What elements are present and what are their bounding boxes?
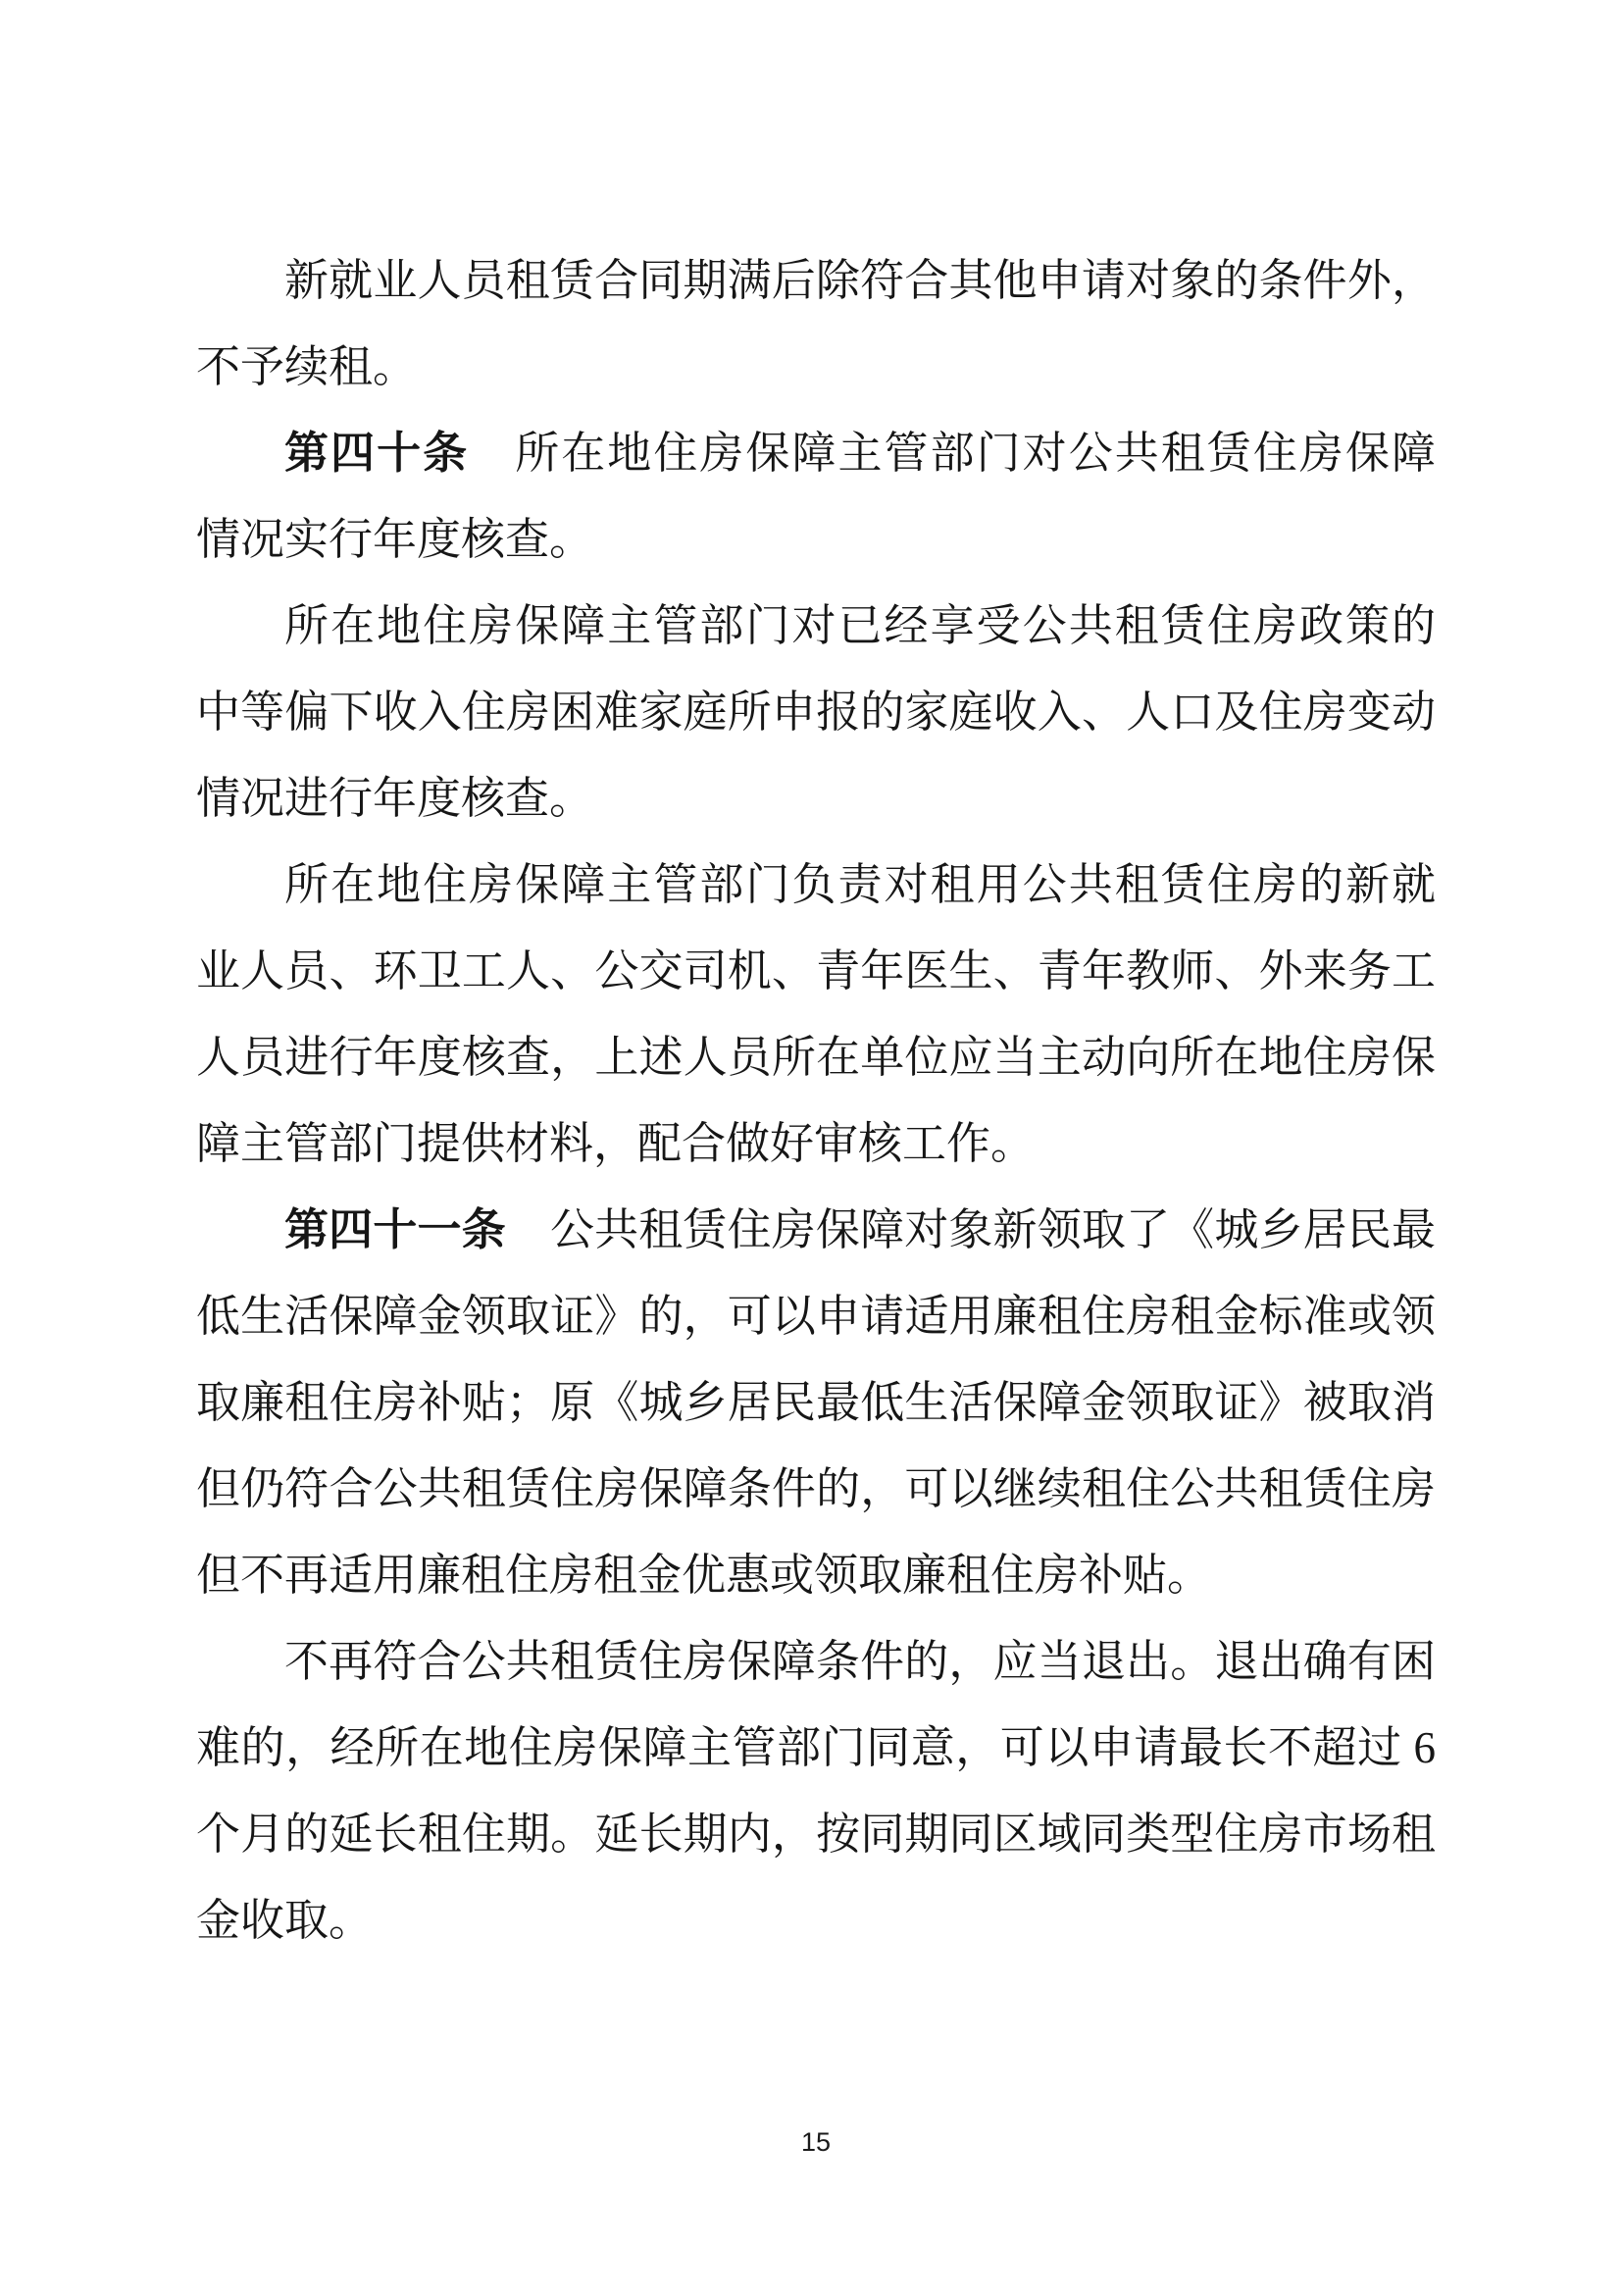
text-run: 取廉租住房补贴；原《城乡居民最低生活保障金领取证》被取消 bbox=[196, 1378, 1436, 1427]
paragraph: 新就业人员租赁合同期满后除符合其他申请对象的条件外，不予续租。 bbox=[196, 237, 1436, 410]
text-line: 但仍符合公共租赁住房保障条件的，可以继续租住公共租赁住房 bbox=[196, 1446, 1436, 1532]
text-run: 不予续租。 bbox=[196, 342, 417, 391]
text-run: 中等偏下收入住房困难家庭所申报的家庭收入、人口及住房变动 bbox=[196, 688, 1436, 737]
text-line: 人员进行年度核查，上述人员所在单位应当主动向所在地住房保 bbox=[196, 1014, 1436, 1100]
paragraph: 所在地住房保障主管部门负责对租用公共租赁住房的新就业人员、环卫工人、公交司机、青… bbox=[196, 842, 1436, 1187]
text-line: 情况进行年度核查。 bbox=[196, 755, 1436, 842]
heading-gap bbox=[506, 1244, 550, 1245]
text-line: 个月的延长租住期。延长期内，按同期同区域同类型住房市场租 bbox=[196, 1791, 1436, 1877]
paragraph: 所在地住房保障主管部门对已经享受公共租赁住房政策的中等偏下收入住房困难家庭所申报… bbox=[196, 583, 1436, 842]
text-run: 新就业人员租赁合同期满后除符合其他申请对象的条件外， bbox=[284, 256, 1436, 305]
text-run: 情况实行年度核查。 bbox=[196, 515, 593, 564]
text-line: 难的，经所在地住房保障主管部门同意，可以申请最长不超过 6 bbox=[196, 1705, 1436, 1791]
article-heading: 第四十一条 bbox=[284, 1204, 506, 1254]
document-body: 新就业人员租赁合同期满后除符合其他申请对象的条件外，不予续租。第四十条所在地住房… bbox=[196, 237, 1436, 1964]
text-run: 个月的延长租住期。延长期内，按同期同区域同类型住房市场租 bbox=[196, 1810, 1436, 1859]
text-line: 中等偏下收入住房困难家庭所申报的家庭收入、人口及住房变动 bbox=[196, 669, 1436, 755]
text-run: 所在地住房保障主管部门负责对租用公共租赁住房的新就 bbox=[284, 860, 1436, 909]
article-heading: 第四十条 bbox=[284, 428, 469, 478]
text-line: 障主管部门提供材料，配合做好审核工作。 bbox=[196, 1100, 1436, 1187]
heading-gap bbox=[469, 467, 513, 468]
text-run: 业人员、环卫工人、公交司机、青年医生、青年教师、外来务工 bbox=[196, 946, 1436, 995]
text-run: 所在地住房保障主管部门对已经享受公共租赁住房政策的 bbox=[284, 601, 1436, 650]
paragraph: 第四十一条公共租赁住房保障对象新领取了《城乡居民最低生活保障金领取证》的，可以申… bbox=[196, 1187, 1436, 1618]
text-line: 取廉租住房补贴；原《城乡居民最低生活保障金领取证》被取消 bbox=[196, 1359, 1436, 1446]
text-run: 金收取。 bbox=[196, 1896, 373, 1945]
text-line: 所在地住房保障主管部门对已经享受公共租赁住房政策的 bbox=[196, 583, 1436, 669]
text-run: 但不再适用廉租住房租金优惠或领取廉租住房补贴。 bbox=[196, 1551, 1211, 1600]
text-run: 人员进行年度核查，上述人员所在单位应当主动向所在地住房保 bbox=[196, 1033, 1436, 1082]
text-run: 但仍符合公共租赁住房保障条件的，可以继续租住公共租赁住房 bbox=[196, 1464, 1436, 1513]
paragraph: 不再符合公共租赁住房保障条件的，应当退出。退出确有困难的，经所在地住房保障主管部… bbox=[196, 1618, 1436, 1964]
document-page: { "page": { "background": "#ffffff", "te… bbox=[0, 0, 1622, 2296]
text-line: 第四十条所在地住房保障主管部门对公共租赁住房保障 bbox=[196, 410, 1436, 496]
text-line: 不再符合公共租赁住房保障条件的，应当退出。退出确有困 bbox=[196, 1618, 1436, 1705]
page-number: 15 bbox=[196, 2126, 1436, 2158]
text-line: 新就业人员租赁合同期满后除符合其他申请对象的条件外， bbox=[196, 237, 1436, 324]
text-line: 业人员、环卫工人、公交司机、青年医生、青年教师、外来务工 bbox=[196, 928, 1436, 1014]
text-run: 障主管部门提供材料，配合做好审核工作。 bbox=[196, 1119, 1035, 1168]
text-line: 不予续租。 bbox=[196, 324, 1436, 410]
text-run: 情况进行年度核查。 bbox=[196, 774, 593, 823]
text-line: 所在地住房保障主管部门负责对租用公共租赁住房的新就 bbox=[196, 842, 1436, 928]
text-line: 第四十一条公共租赁住房保障对象新领取了《城乡居民最 bbox=[196, 1187, 1436, 1273]
text-line: 金收取。 bbox=[196, 1877, 1436, 1964]
paragraph: 第四十条所在地住房保障主管部门对公共租赁住房保障情况实行年度核查。 bbox=[196, 410, 1436, 583]
text-run: 难的，经所在地住房保障主管部门同意，可以申请最长不超过 6 bbox=[196, 1723, 1436, 1772]
text-line: 低生活保障金领取证》的，可以申请适用廉租住房租金标准或领 bbox=[196, 1273, 1436, 1359]
text-run: 不再符合公共租赁住房保障条件的，应当退出。退出确有困 bbox=[284, 1637, 1436, 1686]
text-run: 公共租赁住房保障对象新领取了《城乡居民最 bbox=[550, 1205, 1436, 1254]
text-line: 情况实行年度核查。 bbox=[196, 496, 1436, 583]
text-run: 低生活保障金领取证》的，可以申请适用廉租住房租金标准或领 bbox=[196, 1292, 1436, 1341]
text-line: 但不再适用廉租住房租金优惠或领取廉租住房补贴。 bbox=[196, 1532, 1436, 1618]
text-run: 所在地住房保障主管部门对公共租赁住房保障 bbox=[513, 429, 1436, 478]
